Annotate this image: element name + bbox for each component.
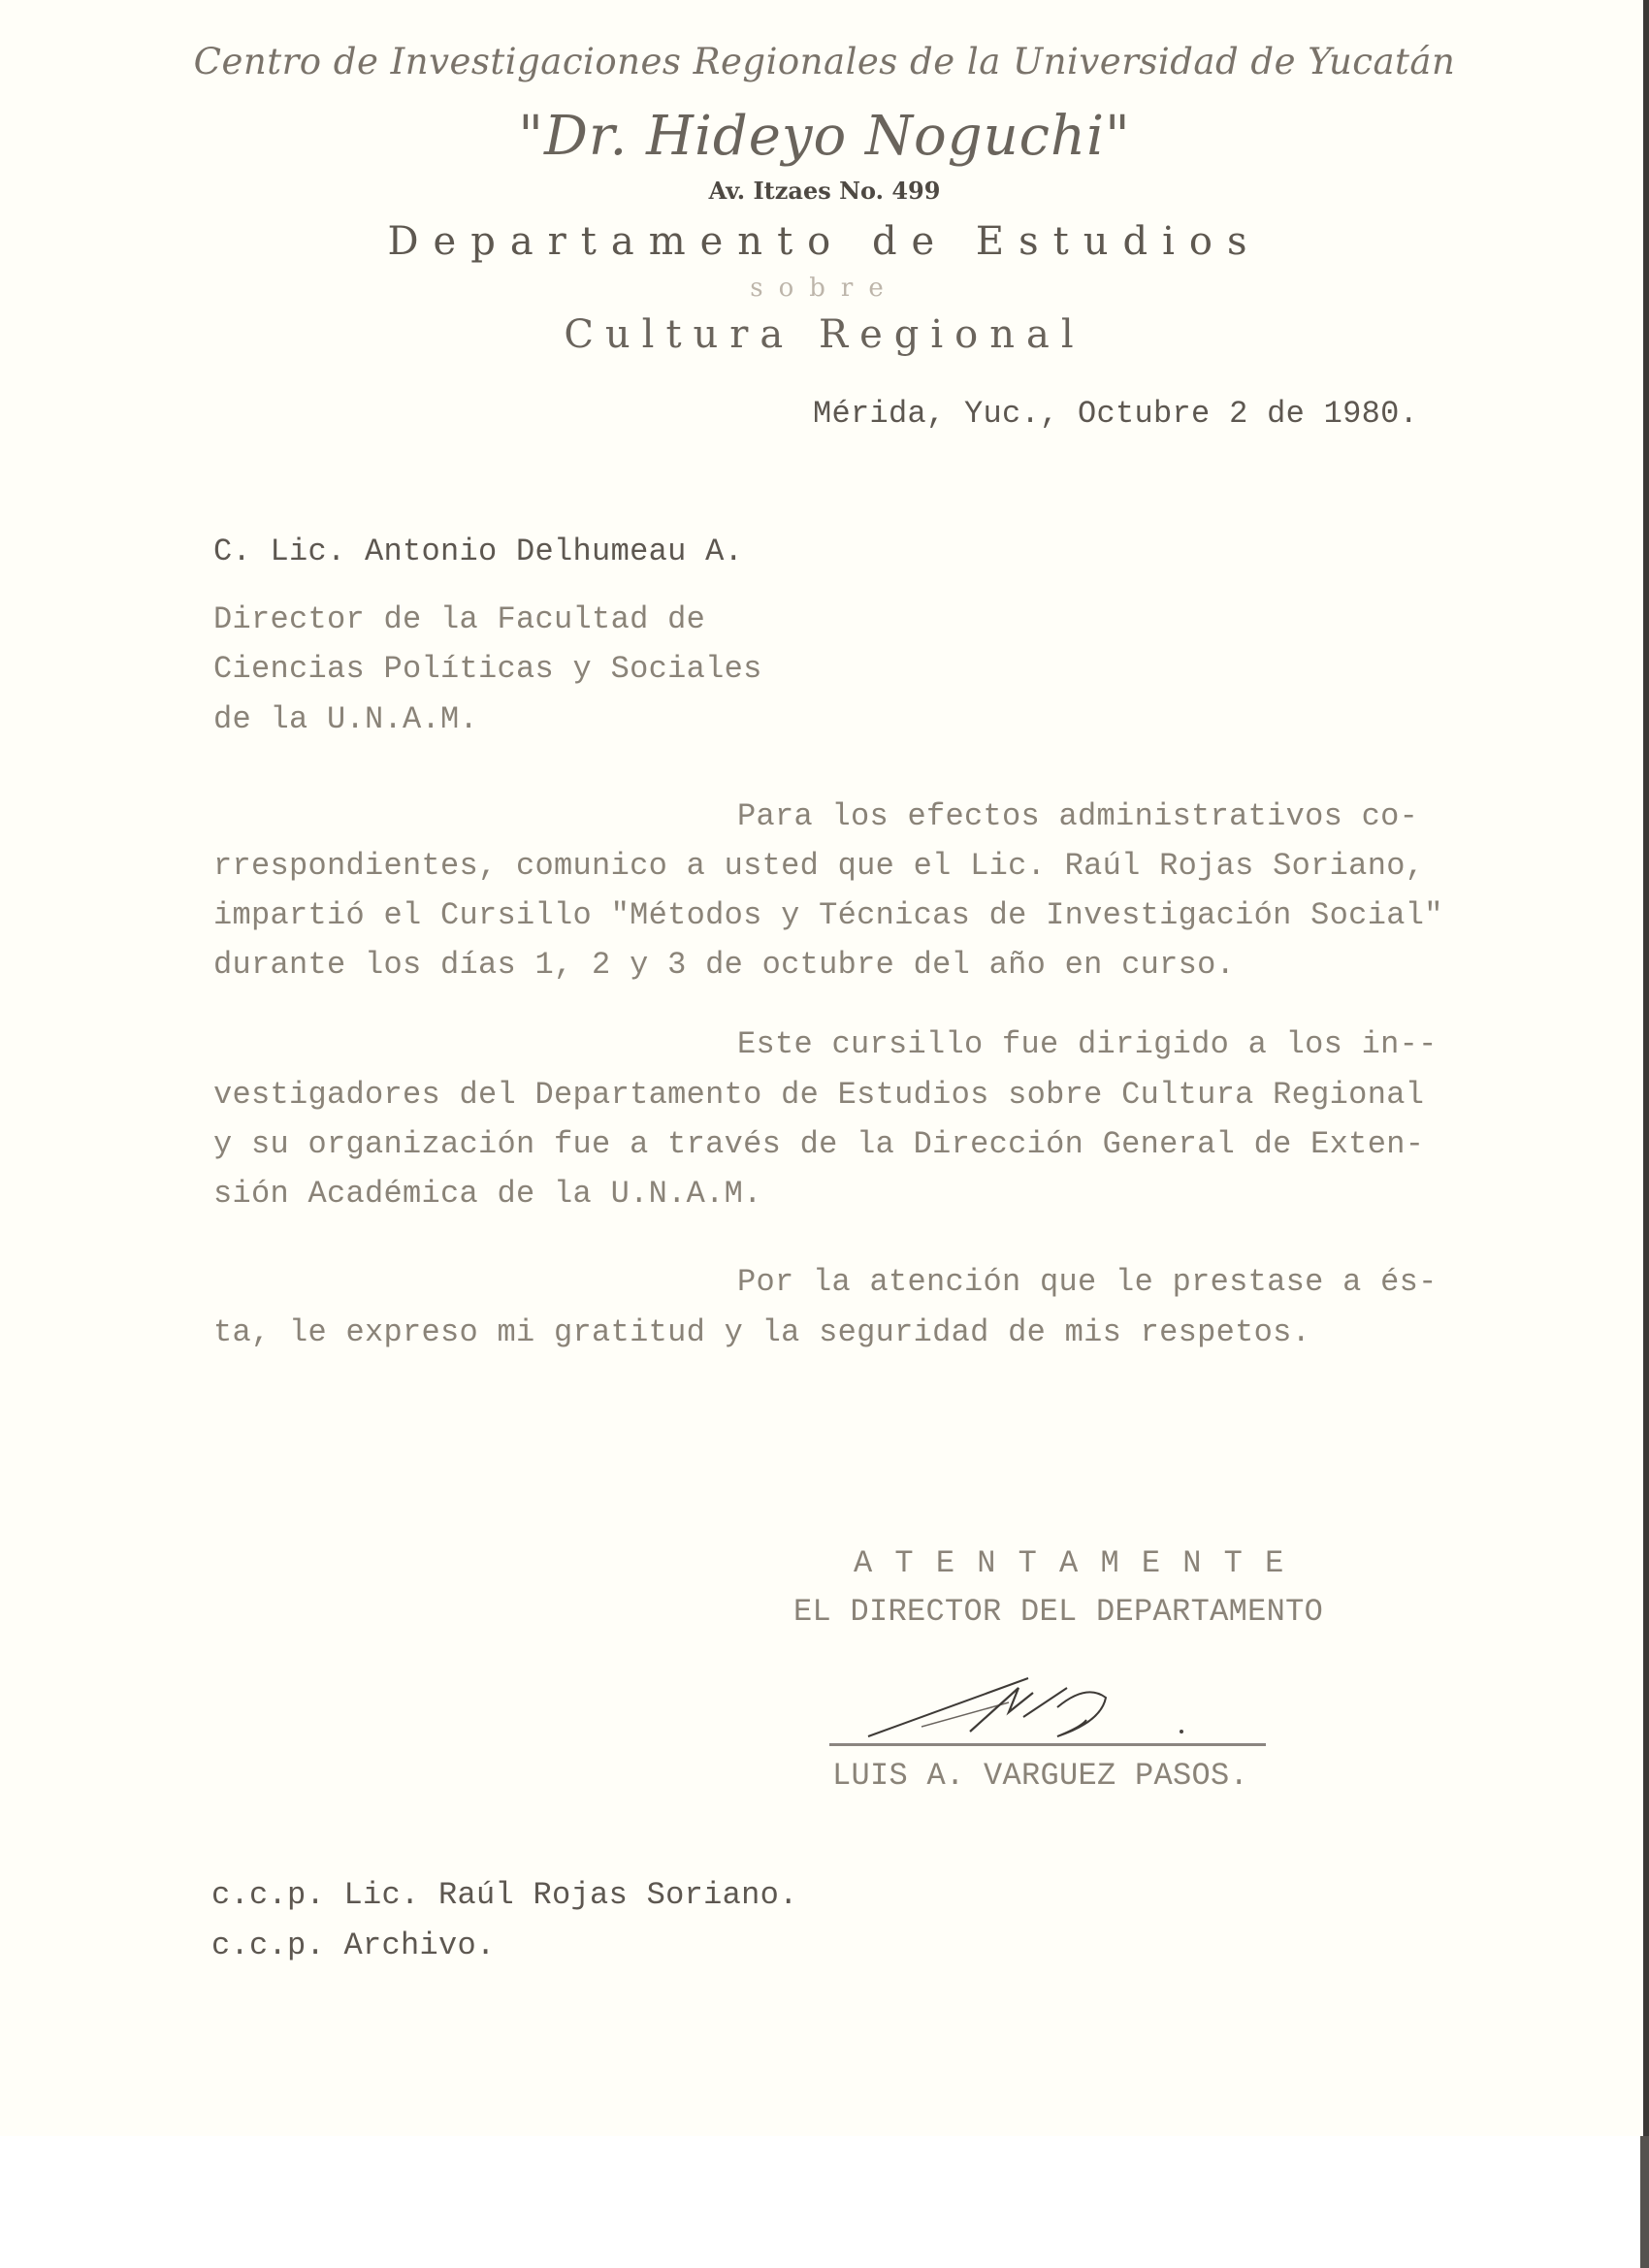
letterhead-cultura-regional: Cultura Regional	[0, 312, 1649, 357]
recipient-name: C. Lic. Antonio Delhumeau A.	[213, 534, 743, 569]
paragraph-line: ta, le expreso mi gratitud y la segurida…	[213, 1314, 1310, 1350]
recipient-line: Director de la Facultad de	[213, 601, 705, 637]
closing-title: EL DIRECTOR DEL DEPARTAMENTO	[793, 1594, 1323, 1630]
letterhead-name: "Dr. Hideyo Noguchi"	[0, 105, 1649, 168]
recipient-line: Ciencias Políticas y Sociales	[213, 651, 762, 687]
cc-line: c.c.p. Lic. Raúl Rojas Soriano.	[211, 1877, 798, 1913]
scan-edge-lower	[1640, 2136, 1649, 2268]
signature-line	[829, 1743, 1266, 1746]
paragraph-line: rrespondientes, comunico a usted que el …	[213, 848, 1424, 884]
paragraph-line: Este cursillo fue dirigido a los in--	[737, 1026, 1438, 1062]
signature-icon	[863, 1654, 1212, 1751]
cc-line: c.c.p. Archivo.	[211, 1928, 496, 1963]
paragraph-line: Por la atención que le prestase a és-	[737, 1264, 1438, 1300]
paragraph-line: y su organización fue a través de la Dir…	[213, 1126, 1424, 1162]
paragraph-line: Para los efectos administrativos co-	[737, 798, 1418, 834]
paragraph-line: durante los días 1, 2 y 3 de octubre del…	[213, 947, 1235, 983]
letterhead-address: Av. Itzaes No. 499	[0, 177, 1649, 205]
paragraph-line: impartió el Cursillo "Métodos y Técnicas…	[213, 897, 1443, 933]
letterhead-sobre: sobre	[0, 274, 1649, 303]
date-line: Mérida, Yuc., Octubre 2 de 1980.	[813, 396, 1418, 432]
letterhead-institution: Centro de Investigaciones Regionales de …	[0, 41, 1649, 82]
closing-salutation: A T E N T A M E N T E	[854, 1545, 1285, 1581]
letterhead-department: Departamento de Estudios	[0, 219, 1649, 264]
recipient-line: de la U.N.A.M.	[213, 701, 478, 737]
signer-name: LUIS A. VARGUEZ PASOS.	[832, 1758, 1248, 1794]
paragraph-line: sión Académica de la U.N.A.M.	[213, 1176, 762, 1212]
paragraph-line: vestigadores del Departamento de Estudio…	[213, 1077, 1424, 1113]
